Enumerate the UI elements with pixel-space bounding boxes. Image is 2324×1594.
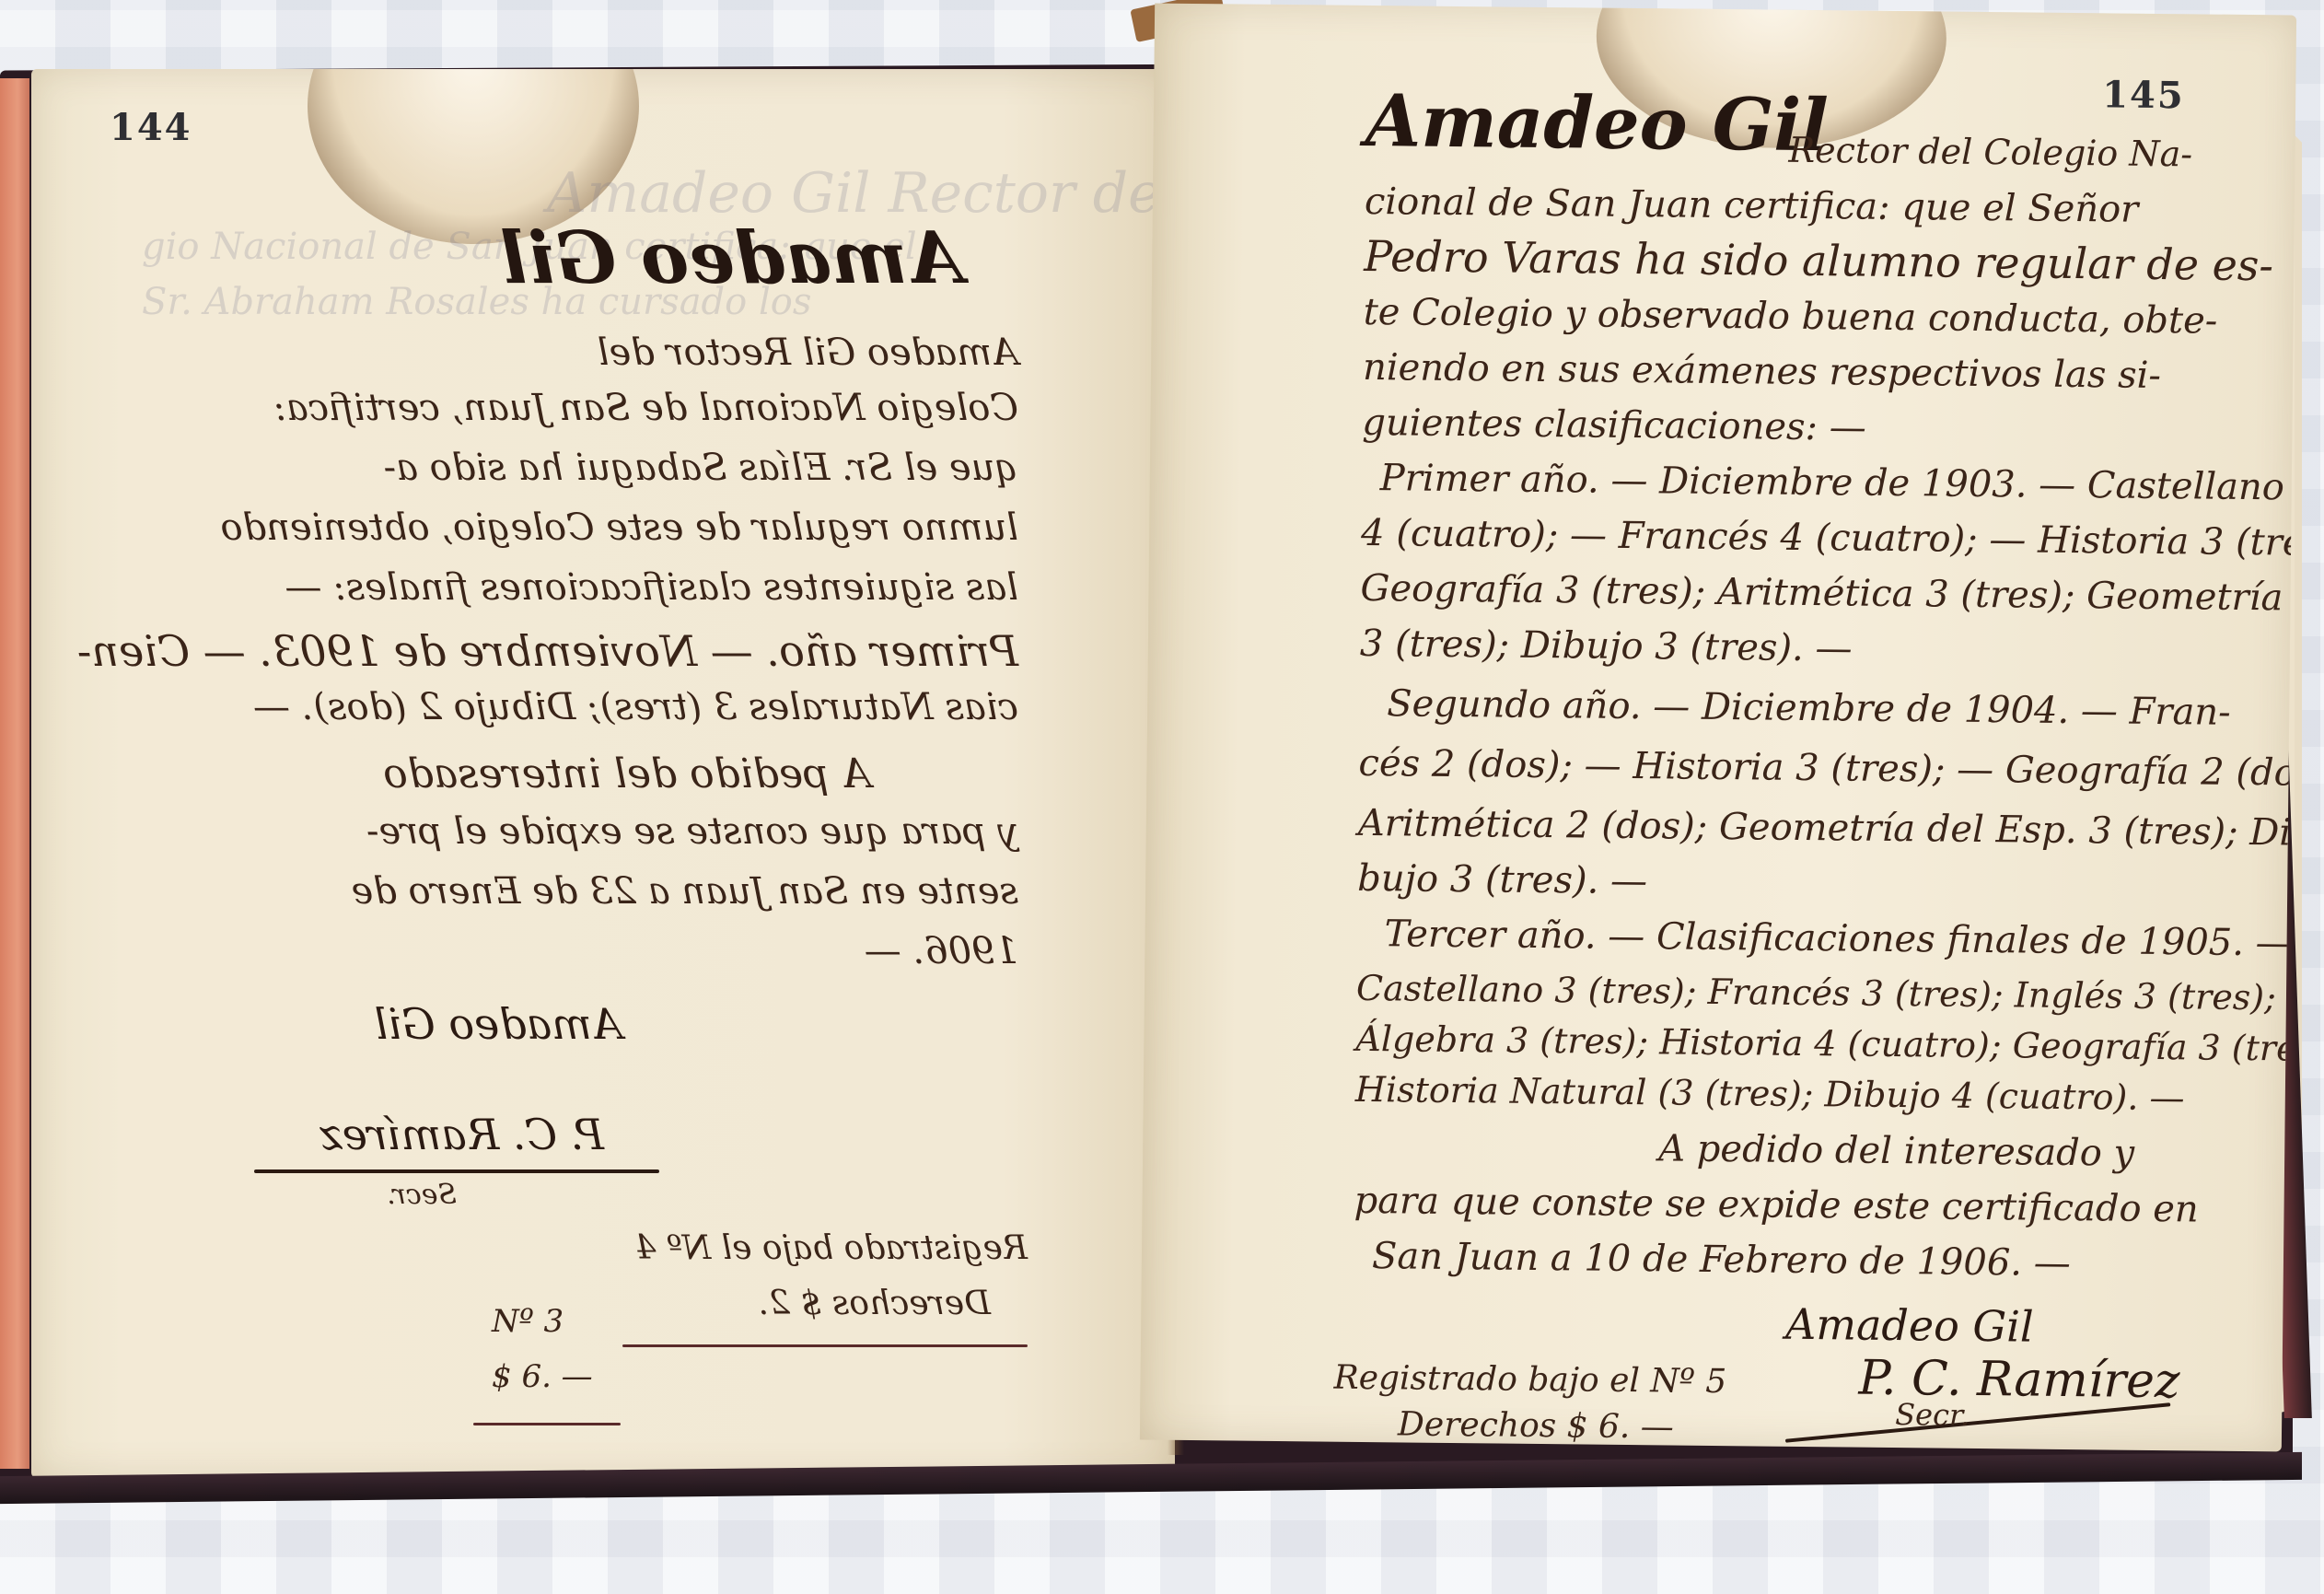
offset-line: las siguientes clasificaciones finales: … <box>285 566 1018 609</box>
right-page: 145 Amadeo Gil Rector del Colegio Na- ci… <box>1140 4 2296 1452</box>
certificate-line: te Colegio y observado buena conducta, o… <box>1363 291 2217 343</box>
offset-registry: Registrado bajo el Nº 4 <box>634 1229 1028 1267</box>
offset-line: y para que conste se expide el pre- <box>366 810 1018 853</box>
year-2-line: bujo 3 (tres). — <box>1357 857 1647 902</box>
certificate-line: cional de San Juan certifica: que el Señ… <box>1365 180 2139 231</box>
page-number-right: 145 <box>2102 73 2185 117</box>
left-page: 144 Amadeo Gil Rector del Cole gio Nacio… <box>31 69 1175 1478</box>
closing-line: para que conste se expide este certifica… <box>1354 1180 2199 1231</box>
year-3-line: Castellano 3 (tres); Francés 3 (tres); I… <box>1356 968 2276 1018</box>
offset-secretary-signature: P. C. Ramírez <box>320 1110 604 1159</box>
year-2-line: Aritmética 2 (dos); Geometría del Esp. 3… <box>1358 802 2296 855</box>
book-cover-left-edge <box>0 78 29 1469</box>
offset-line: sente en San Juan a 23 de Enero de <box>352 870 1018 913</box>
year-1-line: Primer año. — Diciembre de 1903. — Caste… <box>1380 457 2285 508</box>
offset-line: que el Sr. Elías Sabagui ha sido a- <box>384 447 1018 489</box>
year-1-line: 3 (tres); Dibujo 3 (tres). — <box>1360 622 1853 670</box>
offset-line: lumno regular de este Colegio, obteniend… <box>220 506 1018 549</box>
offset-rector-name: Amadeo Gil <box>500 216 963 300</box>
certificate-line: Rector del Colegio Na- <box>1788 130 2192 175</box>
mirrored-offset-text: Amadeo Gil Amadeo Gil Rector del Colegio… <box>31 69 1175 1478</box>
year-2-line: cés 2 (dos); — Historia 3 (tres); — Geog… <box>1358 742 2296 795</box>
year-3-line: Historia Natural (3 (tres); Dibujo 4 (cu… <box>1355 1069 2185 1118</box>
registry-underline <box>622 1344 1028 1347</box>
offset-rector-signature: Amadeo Gil <box>375 999 622 1049</box>
offset-secretary-title: Secr. <box>387 1179 457 1211</box>
student-name-line: Pedro Varas ha sido alumno regular de es… <box>1364 231 2273 290</box>
place-date-line: San Juan a 10 de Febrero de 1906. — <box>1372 1235 2071 1285</box>
rector-name-heading: Amadeo Gil <box>1365 79 1829 168</box>
year-1-line: 4 (cuatro); — Francés 4 (cuatro); — Hist… <box>1361 512 2296 564</box>
fees-note: Derechos $ 6. — <box>1398 1405 1674 1446</box>
stub-amount: $ 6. — <box>492 1358 593 1395</box>
offset-line: cias Naturales 3 (tres); Dibujo 2 (dos).… <box>253 686 1018 728</box>
closing-line: A pedido del interesado y <box>1658 1127 2134 1174</box>
certificate-line: guientes clasificaciones: — <box>1362 401 1866 449</box>
offset-line: 1906. — <box>865 930 1018 972</box>
year-3-line: Álgebra 3 (tres); Historia 4 (cuatro); G… <box>1355 1018 2296 1069</box>
offset-fees: Derechos $ 2. <box>759 1285 991 1322</box>
rector-signature: Amadeo Gil <box>1785 1299 2034 1352</box>
stub-underline <box>473 1423 621 1425</box>
year-1-line: Geografía 3 (tres); Aritmética 3 (tres);… <box>1360 567 2283 619</box>
year-2-line: Segundo año. — Diciembre de 1904. — Fran… <box>1387 682 2231 734</box>
offset-line: A pedido del interesado <box>383 750 871 797</box>
offset-line: Amadeo Gil Rector del <box>598 332 1018 374</box>
offset-line: Colegio Nacional de San Juan, certifica: <box>273 387 1018 429</box>
signature-flourish <box>1785 1402 2171 1443</box>
secretary-title: Secr. <box>1895 1397 1970 1433</box>
registry-note: Registrado bajo el Nº 5 <box>1333 1359 1726 1401</box>
signature-underline <box>254 1169 659 1173</box>
offset-line: Primer año. — Noviembre de 1903. — Cien- <box>77 626 1018 676</box>
year-3-line: Tercer año. — Clasificaciones finales de… <box>1384 913 2293 964</box>
certificate-line: niendo en sus exámenes respectivos las s… <box>1363 346 2161 397</box>
stub-number: Nº 3 <box>492 1303 564 1340</box>
